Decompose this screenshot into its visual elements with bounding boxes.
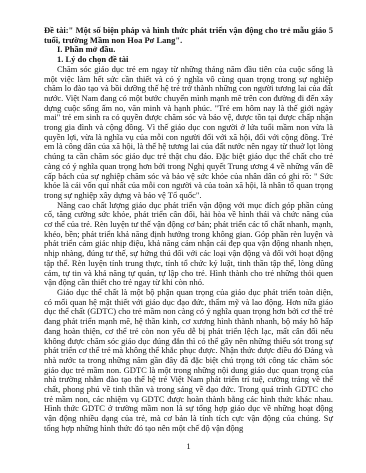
document-title: Đề tài:" Một số biện pháp và hình thức p…	[44, 26, 333, 45]
paragraph-3: Giáo dục thể chất là một bộ phận quan tr…	[44, 288, 333, 434]
paragraph-1: Chăm sóc giáo dục trẻ em ngay từ những t…	[44, 65, 333, 201]
document-content: Đề tài:" Một số biện pháp và hình thức p…	[44, 26, 333, 434]
paragraph-2: Nâng cao chất lượng giáo dục phát triển …	[44, 201, 333, 288]
page-number: 1	[44, 441, 333, 451]
document-page: Đề tài:" Một số biện pháp và hình thức p…	[0, 0, 366, 473]
